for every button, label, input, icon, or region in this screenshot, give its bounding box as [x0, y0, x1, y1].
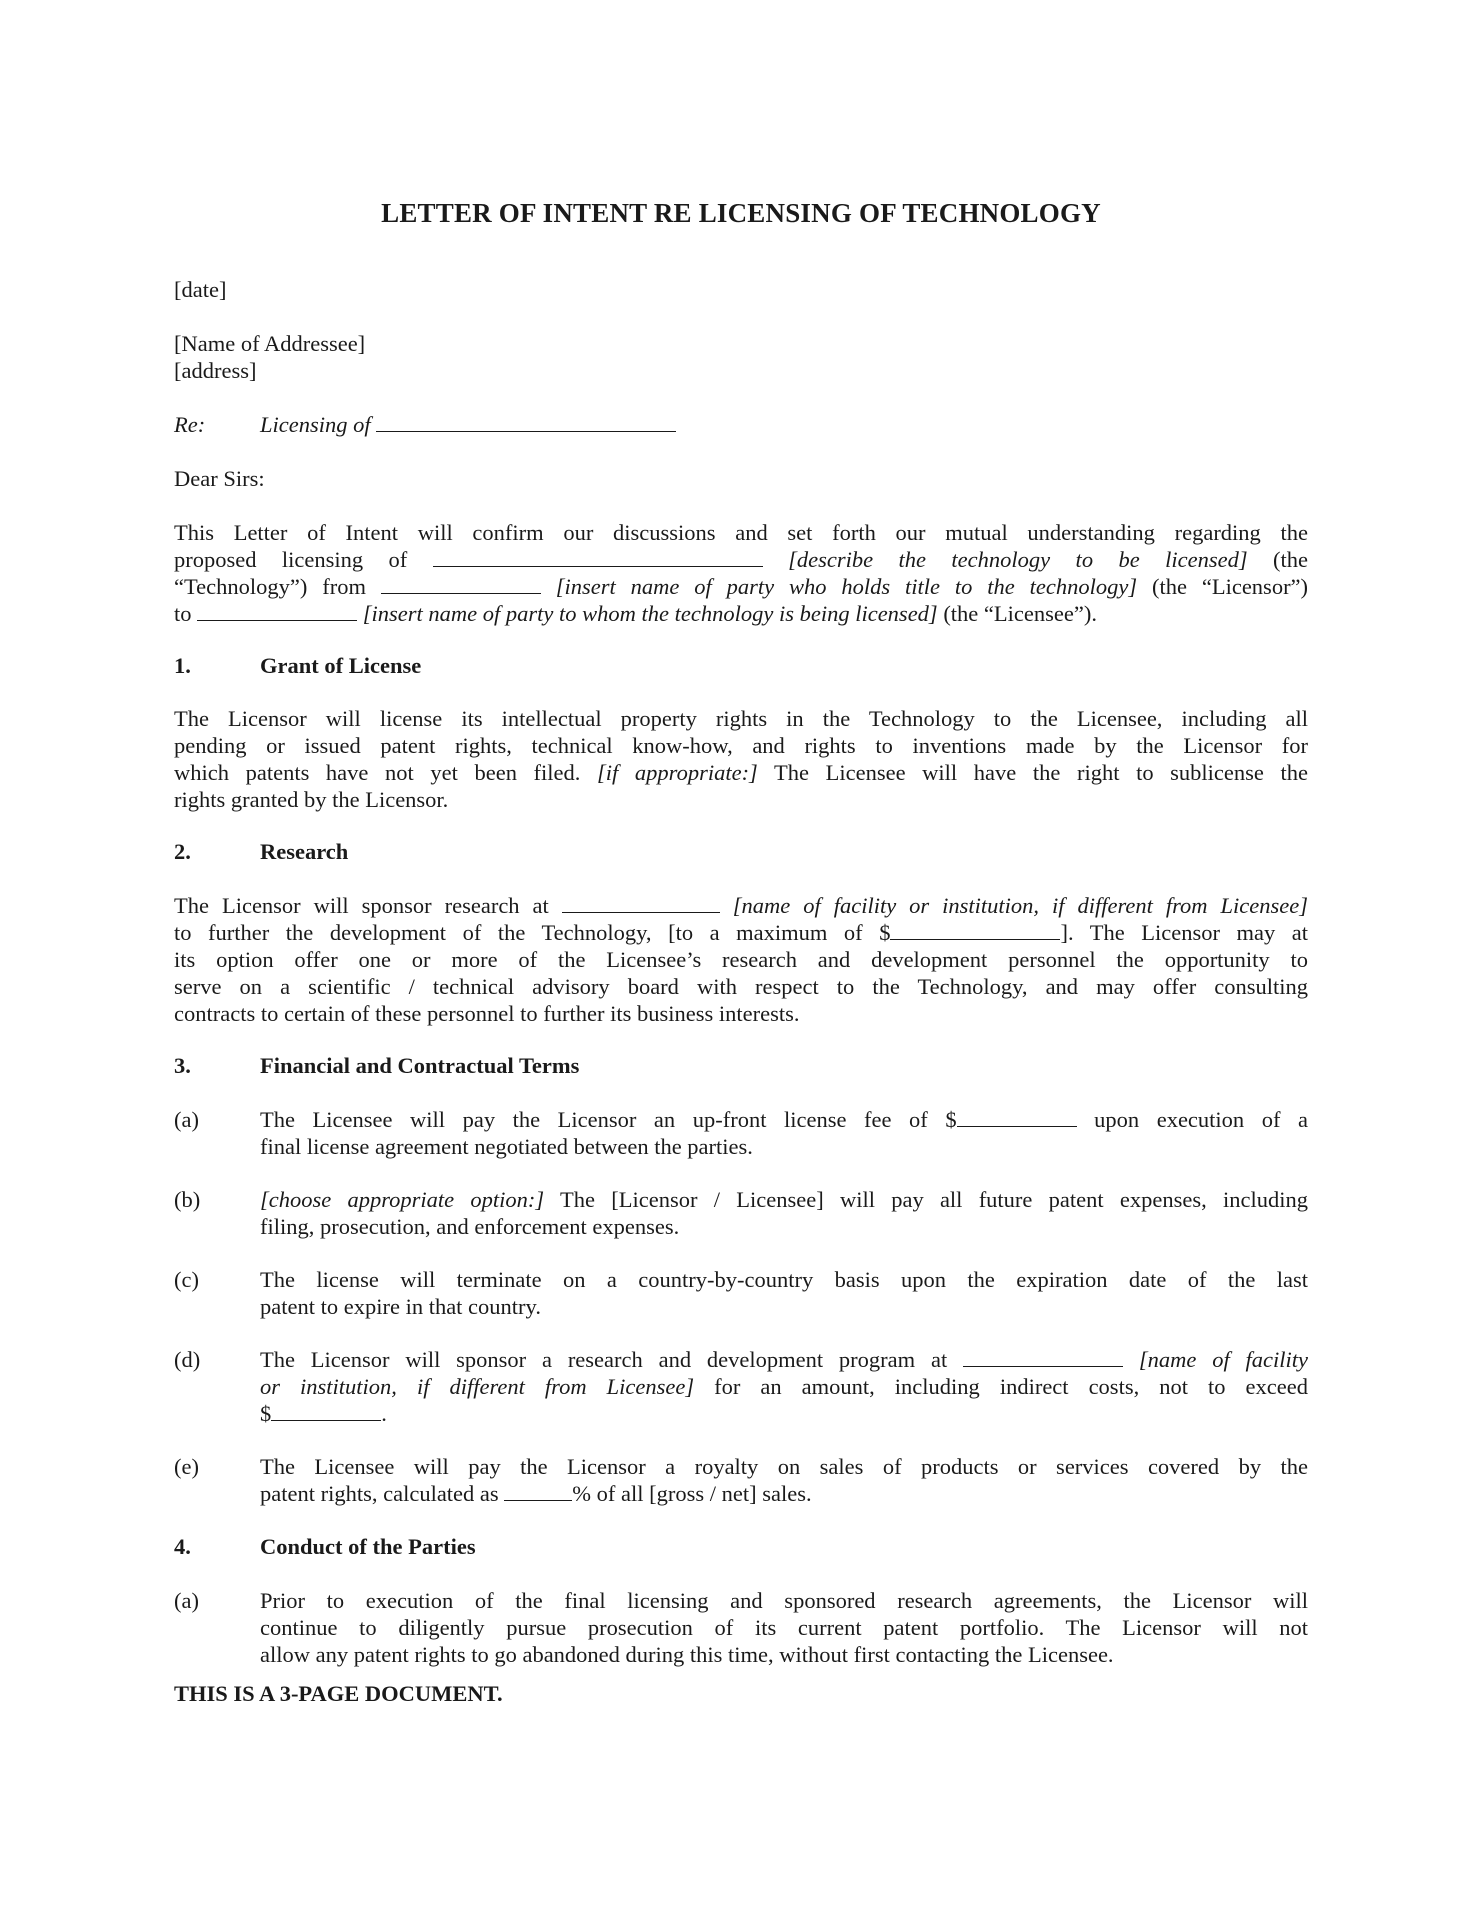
item-3e-body: The Licensee will pay the Licensor a roy…	[260, 1453, 1308, 1507]
section-1-number: 1.	[174, 652, 191, 679]
section-2-body: The Licensor will sponsor research at [n…	[174, 892, 1308, 1027]
rd-amount-blank[interactable]	[271, 1402, 381, 1421]
re-label: Re:	[174, 412, 205, 437]
item-3b-body: [choose appropriate option:] The [Licens…	[260, 1186, 1308, 1240]
research-max-blank[interactable]	[890, 921, 1060, 940]
item-3e-label: (e)	[174, 1453, 199, 1480]
section-3-number: 3.	[174, 1052, 191, 1079]
re-blank[interactable]	[376, 413, 676, 432]
item-3a-body: The Licensee will pay the Licensor an up…	[260, 1106, 1308, 1160]
addressee-address: [address]	[174, 357, 256, 384]
re-text: Licensing of	[260, 411, 676, 438]
item-3b-label: (b)	[174, 1186, 200, 1213]
addressee-name: [Name of Addressee]	[174, 330, 365, 357]
section-4-number: 4.	[174, 1533, 191, 1560]
section-1-heading: Grant of License	[260, 652, 421, 679]
licensee-blank[interactable]	[197, 602, 357, 621]
license-fee-blank[interactable]	[957, 1108, 1077, 1127]
section-2-number: 2.	[174, 838, 191, 865]
licensor-blank[interactable]	[381, 575, 541, 594]
page-count-notice: THIS IS A 3-PAGE DOCUMENT.	[174, 1680, 503, 1707]
section-3-heading: Financial and Contractual Terms	[260, 1052, 579, 1079]
document-title: LETTER OF INTENT RE LICENSING OF TECHNOL…	[174, 198, 1308, 229]
salutation: Dear Sirs:	[174, 465, 265, 492]
date-placeholder: [date]	[174, 276, 226, 303]
research-facility-blank[interactable]	[562, 894, 720, 913]
item-3c-body: The license will terminate on a country-…	[260, 1266, 1308, 1320]
item-3a-label: (a)	[174, 1106, 199, 1133]
section-4-heading: Conduct of the Parties	[260, 1533, 476, 1560]
intro-paragraph: This Letter of Intent will confirm our d…	[174, 519, 1308, 627]
section-2-heading: Research	[260, 838, 348, 865]
item-4a-body: Prior to execution of the final licensin…	[260, 1587, 1308, 1668]
item-3d-label: (d)	[174, 1346, 200, 1373]
item-3c-label: (c)	[174, 1266, 199, 1293]
item-4a-label: (a)	[174, 1587, 199, 1614]
rd-facility-blank[interactable]	[963, 1348, 1123, 1367]
technology-blank[interactable]	[433, 548, 763, 567]
re-line: Re: Licensing of	[174, 411, 205, 438]
item-3d-body: The Licensor will sponsor a research and…	[260, 1346, 1308, 1427]
section-1-body: The Licensor will license its intellectu…	[174, 705, 1308, 813]
royalty-percent-blank[interactable]	[504, 1482, 572, 1501]
